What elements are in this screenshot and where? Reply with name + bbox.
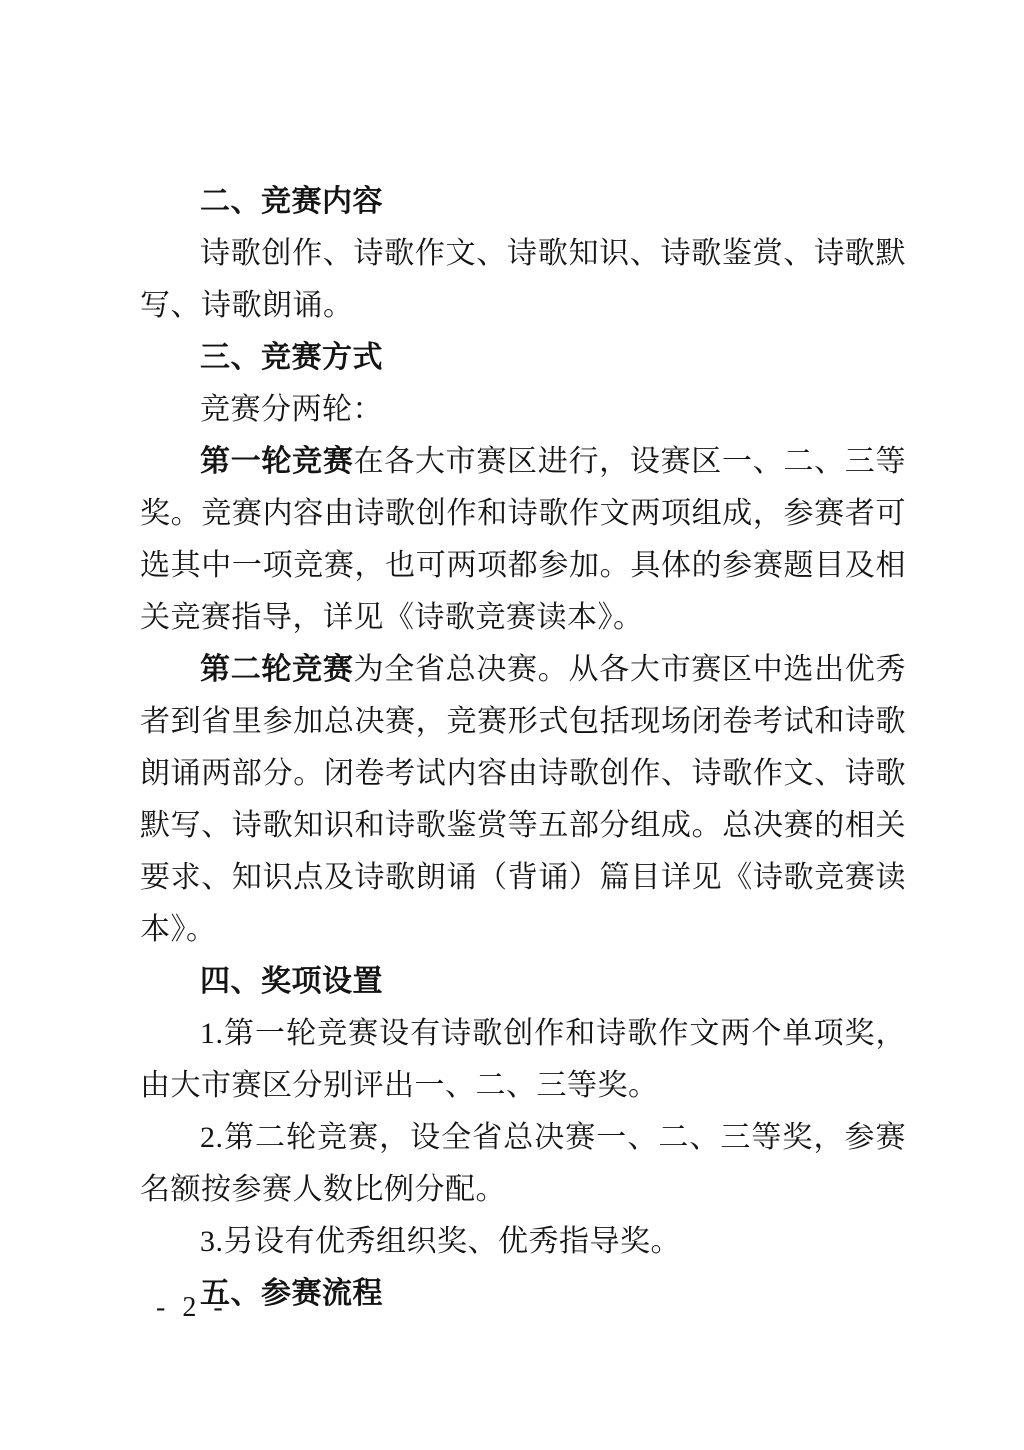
paragraph-two-rounds: 竞赛分两轮： — [140, 384, 906, 436]
paragraph-competition-content: 诗歌创作、诗歌作文、诗歌知识、诗歌鉴赏、诗歌默写、诗歌朗诵。 — [140, 228, 906, 332]
paragraph-award-2: 2.第二轮竞赛，设全省总决赛一、二、三等奖，参赛名额按参赛人数比例分配。 — [140, 1112, 906, 1216]
round-two-text: 为全省总决赛。从各大市赛区中选出优秀者到省里参加总决赛，竞赛形式包括现场闭卷考试… — [140, 653, 906, 946]
document-page: 二、竞赛内容 诗歌创作、诗歌作文、诗歌知识、诗歌鉴赏、诗歌默写、诗歌朗诵。 三、… — [0, 0, 1024, 1450]
section-heading-entry-process: 五、参赛流程 — [140, 1268, 906, 1320]
section-heading-competition-content: 二、竞赛内容 — [140, 176, 906, 228]
round-two-label: 第二轮竞赛 — [200, 653, 354, 686]
document-body: 二、竞赛内容 诗歌创作、诗歌作文、诗歌知识、诗歌鉴赏、诗歌默写、诗歌朗诵。 三、… — [140, 176, 906, 1320]
paragraph-award-3: 3.另设有优秀组织奖、优秀指导奖。 — [140, 1216, 906, 1268]
section-heading-awards: 四、奖项设置 — [140, 956, 906, 1008]
paragraph-round-one: 第一轮竞赛在各大市赛区进行，设赛区一、二、三等奖。竞赛内容由诗歌创作和诗歌作文两… — [140, 436, 906, 644]
paragraph-round-two: 第二轮竞赛为全省总决赛。从各大市赛区中选出优秀者到省里参加总决赛，竞赛形式包括现… — [140, 644, 906, 956]
section-heading-competition-method: 三、竞赛方式 — [140, 332, 906, 384]
paragraph-award-1: 1.第一轮竞赛设有诗歌创作和诗歌作文两个单项奖，由大市赛区分别评出一、二、三等奖… — [140, 1008, 906, 1112]
page-number: - 2 - — [156, 1292, 228, 1324]
round-one-label: 第一轮竞赛 — [200, 445, 354, 478]
